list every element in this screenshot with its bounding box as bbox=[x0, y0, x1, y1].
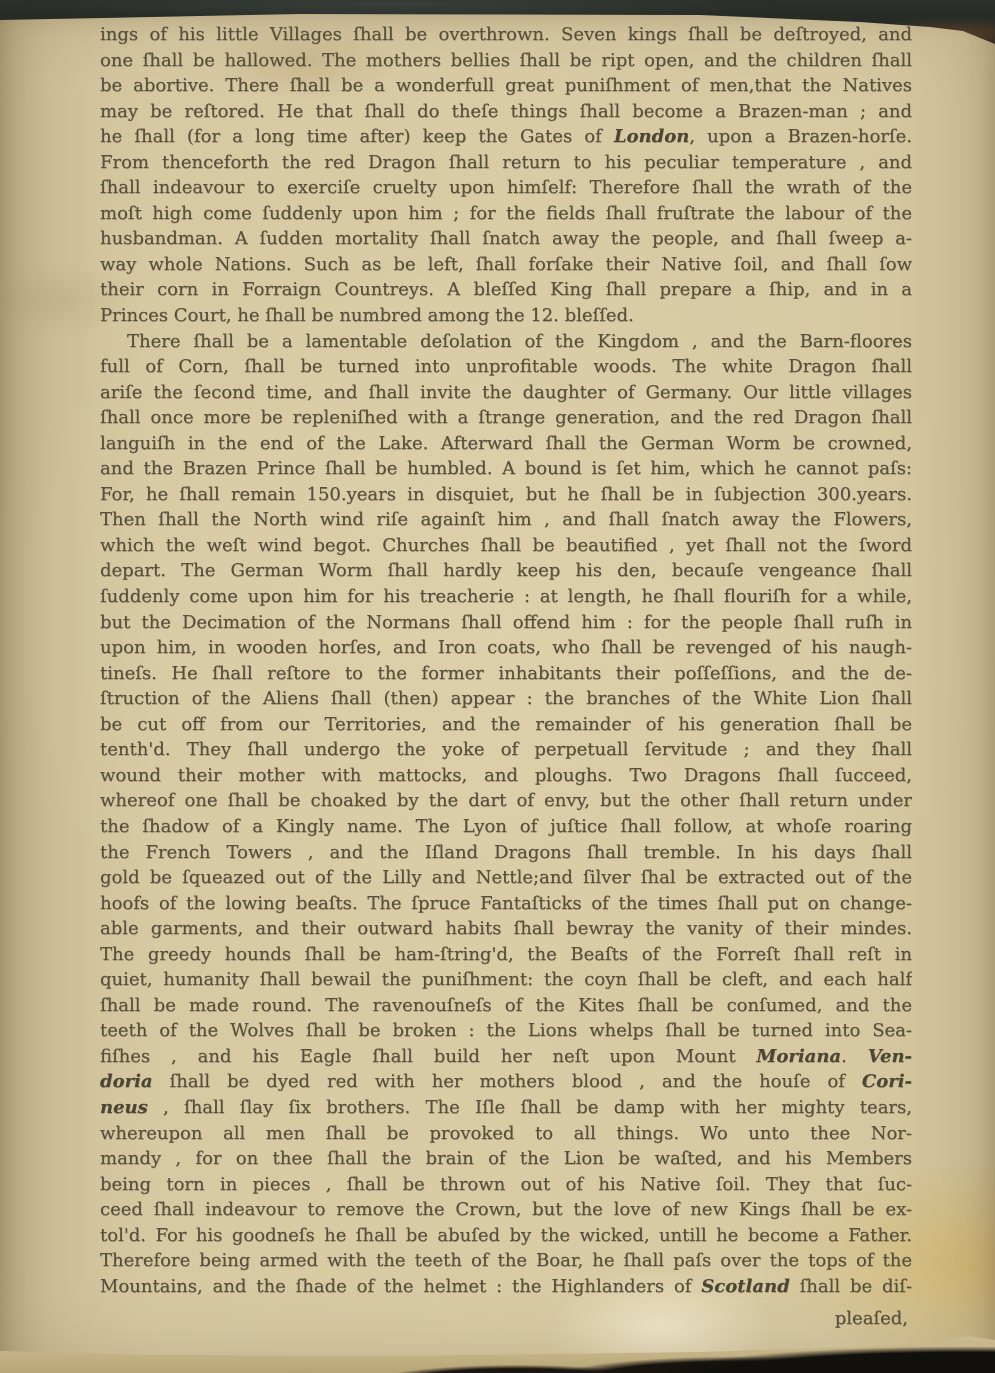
text-line: and the Brazen Prince ſhall be humbled. … bbox=[100, 456, 912, 482]
text-line: For, he ſhall remain 150.years in disqui… bbox=[100, 482, 912, 508]
text-line: tineſs. He ſhall reſtore to the former i… bbox=[100, 661, 912, 687]
text-line: way whole Nations. Such as be left, ſhal… bbox=[100, 252, 912, 278]
text-line: tol'd. For his goodneſs he ſhall be abuſ… bbox=[100, 1223, 912, 1249]
text-line: depart. The German Worm ſhall hardly kee… bbox=[100, 558, 912, 584]
text-line: moſt high come ſuddenly upon him ; for t… bbox=[100, 201, 912, 227]
text-line: The greedy hounds ſhall be ham-ſtring'd,… bbox=[100, 942, 912, 968]
text-line: ſtruction of the Aliens ſhall (then) app… bbox=[100, 686, 912, 712]
text-line: their corn in Forraign Countreys. A bleſ… bbox=[100, 277, 912, 303]
text-line: Mountains, and the ſhade of the helmet :… bbox=[100, 1274, 912, 1300]
text-line: the French Towers , and the Iſland Drago… bbox=[100, 840, 912, 866]
book-scan: ings of his little Villages ſhall be ove… bbox=[0, 0, 995, 1373]
text-line: which the weſt wind begot. Churches ſhal… bbox=[100, 533, 912, 559]
page-text: ings of his little Villages ſhall be ove… bbox=[100, 22, 912, 1332]
text-line: hoofs of the lowing beaſts. The ſpruce F… bbox=[100, 891, 912, 917]
text-line: tenth'd. They ſhall undergo the yoke of … bbox=[100, 737, 912, 763]
catchword: pleaſed, bbox=[100, 1306, 912, 1332]
text-line: be cut off from our Territories, and the… bbox=[100, 712, 912, 738]
text-line: ſhall indeavour to exerciſe cruelty upon… bbox=[100, 175, 912, 201]
text-line: husbandman. A ſudden mortality ſhall ſna… bbox=[100, 226, 912, 252]
text-line: From thenceforth the red Dragon ſhall re… bbox=[100, 150, 912, 176]
text-line: ariſe the ſecond time, and ſhall invite … bbox=[100, 380, 912, 406]
text-line: ings of his little Villages ſhall be ove… bbox=[100, 22, 912, 48]
text-line: ſhall be made round. The ravenouſneſs of… bbox=[100, 993, 912, 1019]
text-line: ſhall once more be repleniſhed with a ſt… bbox=[100, 405, 912, 431]
text-line: gold be ſqueazed out of the Lilly and Ne… bbox=[100, 865, 912, 891]
text-line: Then ſhall the North wind riſe againſt h… bbox=[100, 507, 912, 533]
text-line: There ſhall be a lamentable deſolation o… bbox=[100, 329, 912, 355]
text-line: neus , ſhall ſlay ſix brothers. The Iſle… bbox=[100, 1095, 912, 1121]
text-line: one ſhall be hallowed. The mothers belli… bbox=[100, 48, 912, 74]
text-line: be abortive. There ſhall be a wonderfull… bbox=[100, 73, 912, 99]
text-line: wound their mother with mattocks, and pl… bbox=[100, 763, 912, 789]
page-text-lines: ings of his little Villages ſhall be ove… bbox=[100, 22, 912, 1299]
text-line: ceed ſhall indeavour to remove the Crown… bbox=[100, 1197, 912, 1223]
text-line: Therefore being armed with the teeth of … bbox=[100, 1248, 912, 1274]
text-line: quiet, humanity ſhall bewail the puniſhm… bbox=[100, 967, 912, 993]
text-line: but the Decimation of the Normans ſhall … bbox=[100, 610, 912, 636]
text-line: full of Corn, ſhall be turned into unpro… bbox=[100, 354, 912, 380]
text-line: whereof one ſhall be choaked by the dart… bbox=[100, 788, 912, 814]
text-line: being torn in pieces , ſhall be thrown o… bbox=[100, 1172, 912, 1198]
text-line: the ſhadow of a Kingly name. The Lyon of… bbox=[100, 814, 912, 840]
text-line: Princes Court, he ſhall be numbred among… bbox=[100, 303, 912, 329]
text-line: whereupon all men ſhall be provoked to a… bbox=[100, 1121, 912, 1147]
text-line: able garments, and their outward habits … bbox=[100, 916, 912, 942]
text-line: he ſhall (for a long time after) keep th… bbox=[100, 124, 912, 150]
text-line: languiſh in the end of the Lake. Afterwa… bbox=[100, 431, 912, 457]
text-line: upon him, in wooden horſes, and Iron coa… bbox=[100, 635, 912, 661]
text-line: mandy , for on thee ſhall the brain of t… bbox=[100, 1146, 912, 1172]
text-line: doria ſhall be dyed red with her mothers… bbox=[100, 1069, 912, 1095]
text-line: ſuddenly come upon him for his treacheri… bbox=[100, 584, 912, 610]
text-line: fiſhes , and his Eagle ſhall build her n… bbox=[100, 1044, 912, 1070]
text-line: may be reſtored. He that ſhall do theſe … bbox=[100, 99, 912, 125]
text-line: teeth of the Wolves ſhall be broken : th… bbox=[100, 1018, 912, 1044]
